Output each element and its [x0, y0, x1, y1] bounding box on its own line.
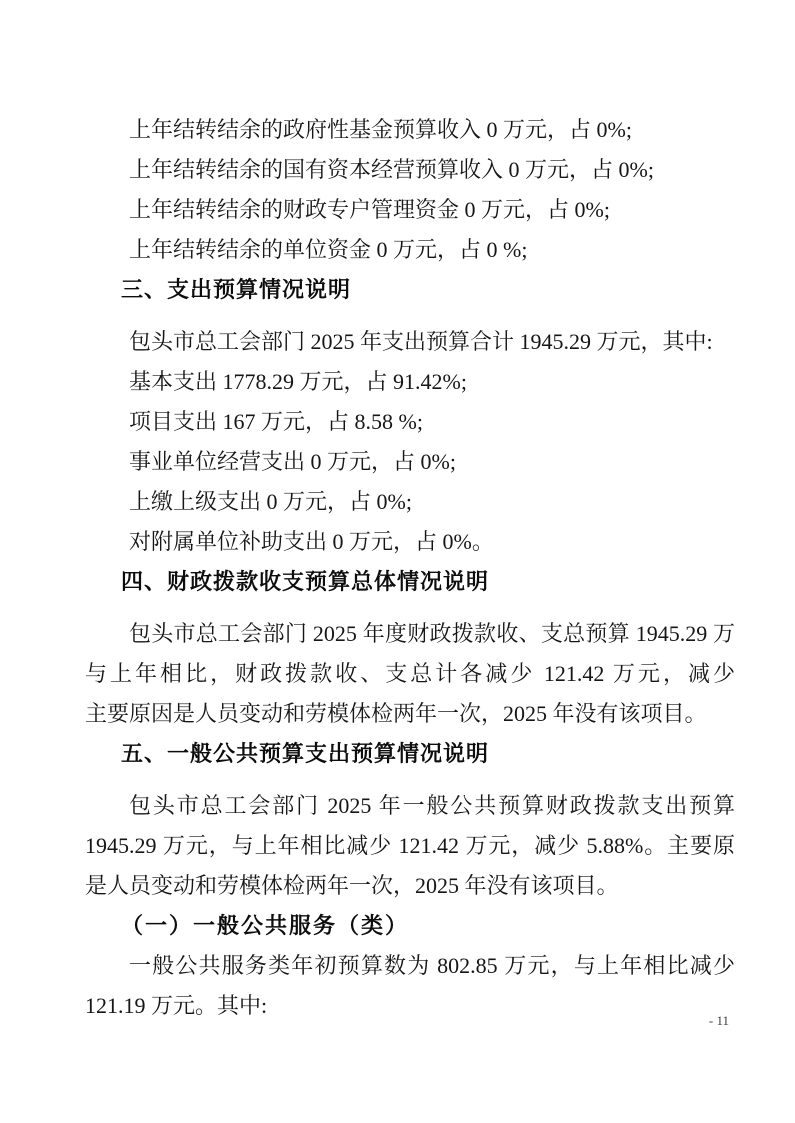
- fiscal-appropriation-paragraph-line-1: 包头市总工会部门 2025 年度财政拨款收、支总预算 1945.29 万元。: [85, 614, 735, 654]
- subsidy-affiliated-units-line: 对附属单位补助支出 0 万元，占 0%。: [85, 522, 735, 562]
- general-public-budget-paragraph-line-1: 包头市总工会部门 2025 年一般公共预算财政拨款支出预算: [85, 786, 735, 826]
- subsection-heading-general-public-services: （一）一般公共服务（类）: [85, 906, 735, 946]
- carryover-gov-fund-line: 上年结转结余的政府性基金预算收入 0 万元，占 0%;: [85, 110, 735, 150]
- business-operation-expenditure-line: 事业单位经营支出 0 万元，占 0%;: [85, 442, 735, 482]
- document-body: 上年结转结余的政府性基金预算收入 0 万元，占 0%; 上年结转结余的国有资本经…: [85, 0, 735, 1026]
- general-public-services-paragraph-line-1: 一般公共服务类年初预算数为 802.85 万元，与上年相比减少: [85, 946, 735, 986]
- section-heading-fiscal-appropriation: 四、财政拨款收支预算总体情况说明: [85, 562, 735, 602]
- basic-expenditure-line: 基本支出 1778.29 万元，占 91.42%;: [85, 362, 735, 402]
- page-number: - 11: [709, 1012, 729, 1030]
- document-page: { "page": { "background_color": "#ffffff…: [0, 0, 795, 1123]
- general-public-budget-paragraph-line-3: 是人员变动和劳模体检两年一次，2025 年没有该项目。: [85, 866, 735, 906]
- fiscal-appropriation-paragraph-line-3: 主要原因是人员变动和劳模体检两年一次，2025 年没有该项目。: [85, 694, 735, 734]
- carryover-unit-funds-line: 上年结转结余的单位资金 0 万元，占 0 %;: [85, 230, 735, 270]
- project-expenditure-line: 项目支出 167 万元，占 8.58 %;: [85, 402, 735, 442]
- fiscal-appropriation-paragraph-line-2: 与上年相比，财政拨款收、支总计各减少 121.42 万元，减少 5.88%。: [85, 654, 735, 694]
- remit-superior-expenditure-line: 上缴上级支出 0 万元，占 0%;: [85, 482, 735, 522]
- section-heading-expenditure-budget: 三、支出预算情况说明: [85, 270, 735, 310]
- carryover-state-capital-line: 上年结转结余的国有资本经营预算收入 0 万元，占 0%;: [85, 150, 735, 190]
- expenditure-total-line: 包头市总工会部门 2025 年支出预算合计 1945.29 万元，其中:: [85, 322, 735, 362]
- general-public-services-paragraph-line-2: 121.19 万元。其中:: [85, 986, 735, 1026]
- general-public-budget-paragraph-line-2: 1945.29 万元，与上年相比减少 121.42 万元，减少 5.88%。主要…: [85, 826, 735, 866]
- carryover-fiscal-account-line: 上年结转结余的财政专户管理资金 0 万元，占 0%;: [85, 190, 735, 230]
- section-heading-general-public-budget: 五、一般公共预算支出预算情况说明: [85, 734, 735, 774]
